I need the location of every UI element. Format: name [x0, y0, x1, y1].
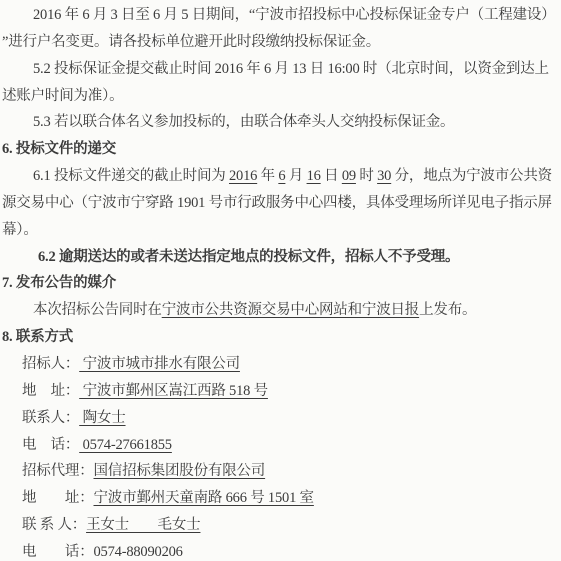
text-segment: 日 [321, 168, 342, 184]
text-segment: 2016 年 6 月 3 日至 6 月 5 日期间，“宁波市招投标中心投标保证金… [33, 7, 555, 23]
document-line: 本次招标公告同时在宁波市公共资源交易中心网站和宁波日报上发布。 [0, 297, 561, 324]
underlined-text-segment: 王女士 毛女士 [86, 517, 200, 533]
document-line: 电 话： 0574-27661855 [0, 432, 561, 459]
document-line: 2016 年 6 月 3 日至 6 月 5 日期间，“宁波市招投标中心投标保证金… [0, 2, 561, 29]
document-line: 6.1 投标文件递交的截止时间为 2016 年 6 月 16 日 09 时 30… [0, 163, 561, 190]
underlined-text-segment: 宁波市鄞州天童南路 666 号 1501 室 [94, 490, 314, 506]
underlined-text-segment: 2016 [229, 168, 257, 184]
underlined-text-segment: 宁波市公共资源交易中心网站和宁波日报 [162, 302, 419, 318]
text-segment: 8. 联系方式 [2, 329, 73, 345]
document-screenshot: { "theme": { "background": "#fbfbf9", "t… [0, 0, 561, 561]
text-segment: 电 话： [22, 437, 79, 453]
document-line: 6.2 逾期送达的或者未送达指定地点的投标文件，招标人不予受理。 [0, 244, 561, 271]
text-segment: 分，地点为宁波市公共资 [391, 168, 552, 184]
document-line: 述账户时间为准）。 [0, 83, 561, 110]
text-segment: 幕）。 [2, 222, 38, 238]
document-line: 地 址：宁波市鄞州天童南路 666 号 1501 室 [0, 485, 561, 512]
text-segment: 时 [356, 168, 377, 184]
document-line: 招标代理：国信招标集团股份有限公司 [0, 458, 561, 485]
document-line: 7. 发布公告的媒介 [0, 270, 561, 297]
document-line: 电 话：0574-88090206 [0, 539, 561, 561]
document-line: 幕）。 [0, 217, 561, 244]
underlined-text-segment: 0574-27661855 [79, 437, 172, 453]
text-segment: 电 话：0574-88090206 [22, 544, 183, 560]
document-line: 6. 投标文件的递交 [0, 136, 561, 163]
text-segment: 6. 投标文件的递交 [2, 141, 116, 157]
underlined-text-segment: 宁波市城市排水有限公司 [79, 356, 240, 372]
underlined-text-segment: 16 [307, 168, 321, 184]
text-segment: ”进行户名变更。请各投标单位避开此时段缴纳投标保证金。 [2, 34, 380, 50]
text-segment: 7. 发布公告的媒介 [2, 275, 116, 291]
underlined-text-segment: 陶女士 [79, 410, 125, 426]
document-page: 2016 年 6 月 3 日至 6 月 5 日期间，“宁波市招投标中心投标保证金… [0, 0, 561, 561]
document-body: 2016 年 6 月 3 日至 6 月 5 日期间，“宁波市招投标中心投标保证金… [0, 2, 561, 561]
underlined-text-segment: 09 [342, 168, 356, 184]
text-segment: 5.3 若以联合体名义参加投标的，由联合体牵头人交纳投标保证金。 [33, 114, 454, 130]
text-segment: 上发布。 [419, 302, 476, 318]
text-segment: 招标人： [22, 356, 79, 372]
document-line: 源交易中心（宁波市宁穿路 1901 号市行政服务中心四楼，具体受理场所详见电子指… [0, 190, 561, 217]
text-segment: 地 址： [22, 490, 94, 506]
text-segment: 述账户时间为准）。 [2, 88, 123, 104]
document-line: 5.3 若以联合体名义参加投标的，由联合体牵头人交纳投标保证金。 [0, 109, 561, 136]
text-segment: 5.2 投标保证金提交截止时间 2016 年 6 月 13 日 16:00 时（… [33, 61, 549, 77]
text-segment: 6.2 逾期送达的或者未送达指定地点的投标文件，招标人不予受理。 [38, 249, 459, 265]
underlined-text-segment: 国信招标集团股份有限公司 [94, 463, 266, 479]
text-segment: 本次招标公告同时在 [33, 302, 162, 318]
underlined-text-segment: 宁波市鄞州区嵩江西路 518 号 [79, 383, 268, 399]
document-line: 联系人： 陶女士 [0, 405, 561, 432]
text-segment: 年 [257, 168, 278, 184]
document-line: 5.2 投标保证金提交截止时间 2016 年 6 月 13 日 16:00 时（… [0, 56, 561, 83]
text-segment: 联 系 人： [22, 517, 86, 533]
underlined-text-segment: 30 [377, 168, 391, 184]
text-segment: 月 [285, 168, 306, 184]
document-line: 8. 联系方式 [0, 324, 561, 351]
document-line: 联 系 人：王女士 毛女士 [0, 512, 561, 539]
text-segment: 招标代理： [22, 463, 94, 479]
document-line: 招标人： 宁波市城市排水有限公司 [0, 351, 561, 378]
document-line: ”进行户名变更。请各投标单位避开此时段缴纳投标保证金。 [0, 29, 561, 56]
text-segment: 源交易中心（宁波市宁穿路 1901 号市行政服务中心四楼，具体受理场所详见电子指… [2, 195, 552, 211]
text-segment: 地 址： [22, 383, 79, 399]
document-line: 地 址： 宁波市鄞州区嵩江西路 518 号 [0, 378, 561, 405]
text-segment: 联系人： [22, 410, 79, 426]
text-segment: 6.1 投标文件递交的截止时间为 [33, 168, 229, 184]
